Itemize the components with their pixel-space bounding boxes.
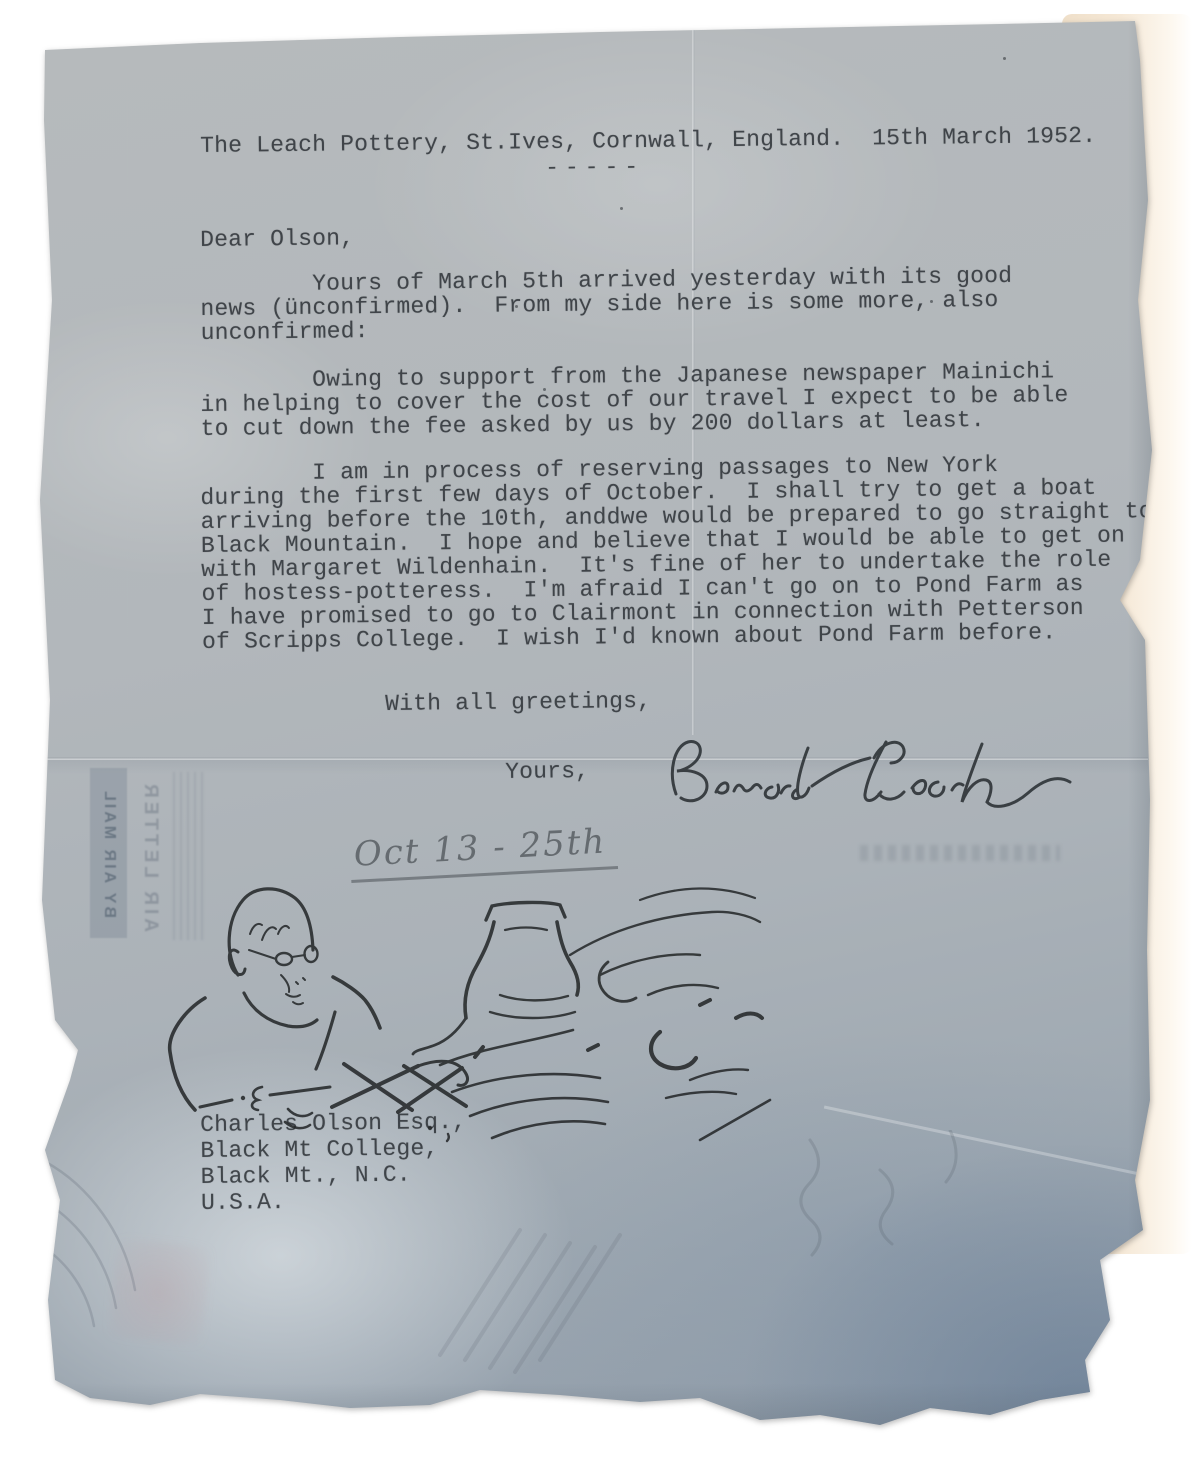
swirl-lower-arcs: [666, 1069, 748, 1098]
left-back-arm: [170, 998, 205, 1110]
letter-sheet: BY AIR MAIL AIR LETTER The Leach Pottery…: [30, 15, 1170, 1425]
vase-mouth-line: [505, 928, 547, 931]
torn-edge-shadow-right: [1128, 15, 1152, 1425]
wave-1: [440, 1030, 573, 1065]
swirl-arc-2: [648, 985, 718, 995]
face-marks: [281, 975, 305, 1004]
cancel-hatch-line: [540, 1235, 620, 1360]
signoff-line: Yours,: [505, 759, 589, 784]
closing-line: With all greetings,: [385, 689, 651, 716]
paragraph-3: I am in process of reserving passages to…: [200, 451, 1154, 654]
right-arm-inner: [316, 1012, 335, 1069]
right-shoulder: [333, 977, 380, 1028]
by-air-mail-stamp-text: BY AIR MAIL: [100, 788, 118, 918]
mirrored-writing-scribble: [801, 1140, 820, 1255]
vase-right-profile: [557, 922, 578, 995]
cross-out-x-marks: [332, 1064, 466, 1112]
swirl-mid-arc: [600, 954, 700, 975]
forehead-lines: [250, 924, 289, 940]
hand-arcs: [285, 1109, 312, 1128]
hand-squiggle: [252, 1087, 262, 1110]
air-letter-stamp-text: AIR LETTER: [139, 780, 161, 932]
swirl-top-short: [640, 888, 755, 900]
swirl-bold-curl: [651, 1032, 696, 1068]
wave-bold-ticks: [475, 1045, 598, 1057]
postmark-arc: [40, 1245, 94, 1326]
jaw-line: [244, 993, 317, 1027]
postmark-arc: [42, 1160, 135, 1290]
paper-speck: [620, 207, 623, 210]
vase-base-flow: [413, 1018, 466, 1054]
pencil-date-note: Oct 13 - 25th: [349, 821, 618, 883]
paragraph-2: Owing to support from the Japanese newsp…: [200, 359, 1069, 441]
mirrored-writing-scribble: [880, 1170, 893, 1244]
swirl-top-long: [570, 912, 760, 955]
paper-speck: [1003, 57, 1006, 60]
mirrored-writing-scribble: [946, 1130, 956, 1182]
glasses-left-lens: [276, 953, 292, 965]
glasses-right-lens: [305, 946, 318, 962]
potter-and-vase-sketch: [165, 882, 777, 1148]
paragraph-1: Yours of March 5th arrived yesterday wit…: [200, 264, 1013, 345]
wave-2: [452, 1074, 600, 1092]
air-letter-stamp-bleedthrough: AIR LETTER: [130, 771, 170, 941]
bleedthrough-smudge: [860, 845, 1060, 861]
vase-band-lines: [490, 995, 575, 1018]
vase-rim: [486, 902, 565, 920]
potter-head: [229, 889, 313, 975]
heading-rule-dashes: -----: [545, 155, 644, 180]
hand-strokes: [200, 1087, 330, 1107]
ink-dot: [241, 1096, 245, 1100]
photo-of-letter: BY AIR MAIL AIR LETTER The Leach Pottery…: [0, 0, 1200, 1462]
swirl-bold-ticks: [700, 1000, 762, 1018]
signature-bernard-leach: [650, 730, 1090, 830]
wave-3: [470, 1098, 608, 1116]
bleedthrough-postmarks: [40, 1130, 1040, 1430]
letter-heading: The Leach Pottery, St.Ives, Cornwall, En…: [200, 124, 1096, 158]
letter-sheet-wrap: BY AIR MAIL AIR LETTER The Leach Pottery…: [30, 15, 1170, 1425]
vase-left-profile: [465, 922, 494, 1018]
by-air-mail-stamp-bleedthrough: BY AIR MAIL: [90, 768, 127, 938]
salutation: Dear Olson,: [200, 226, 354, 252]
